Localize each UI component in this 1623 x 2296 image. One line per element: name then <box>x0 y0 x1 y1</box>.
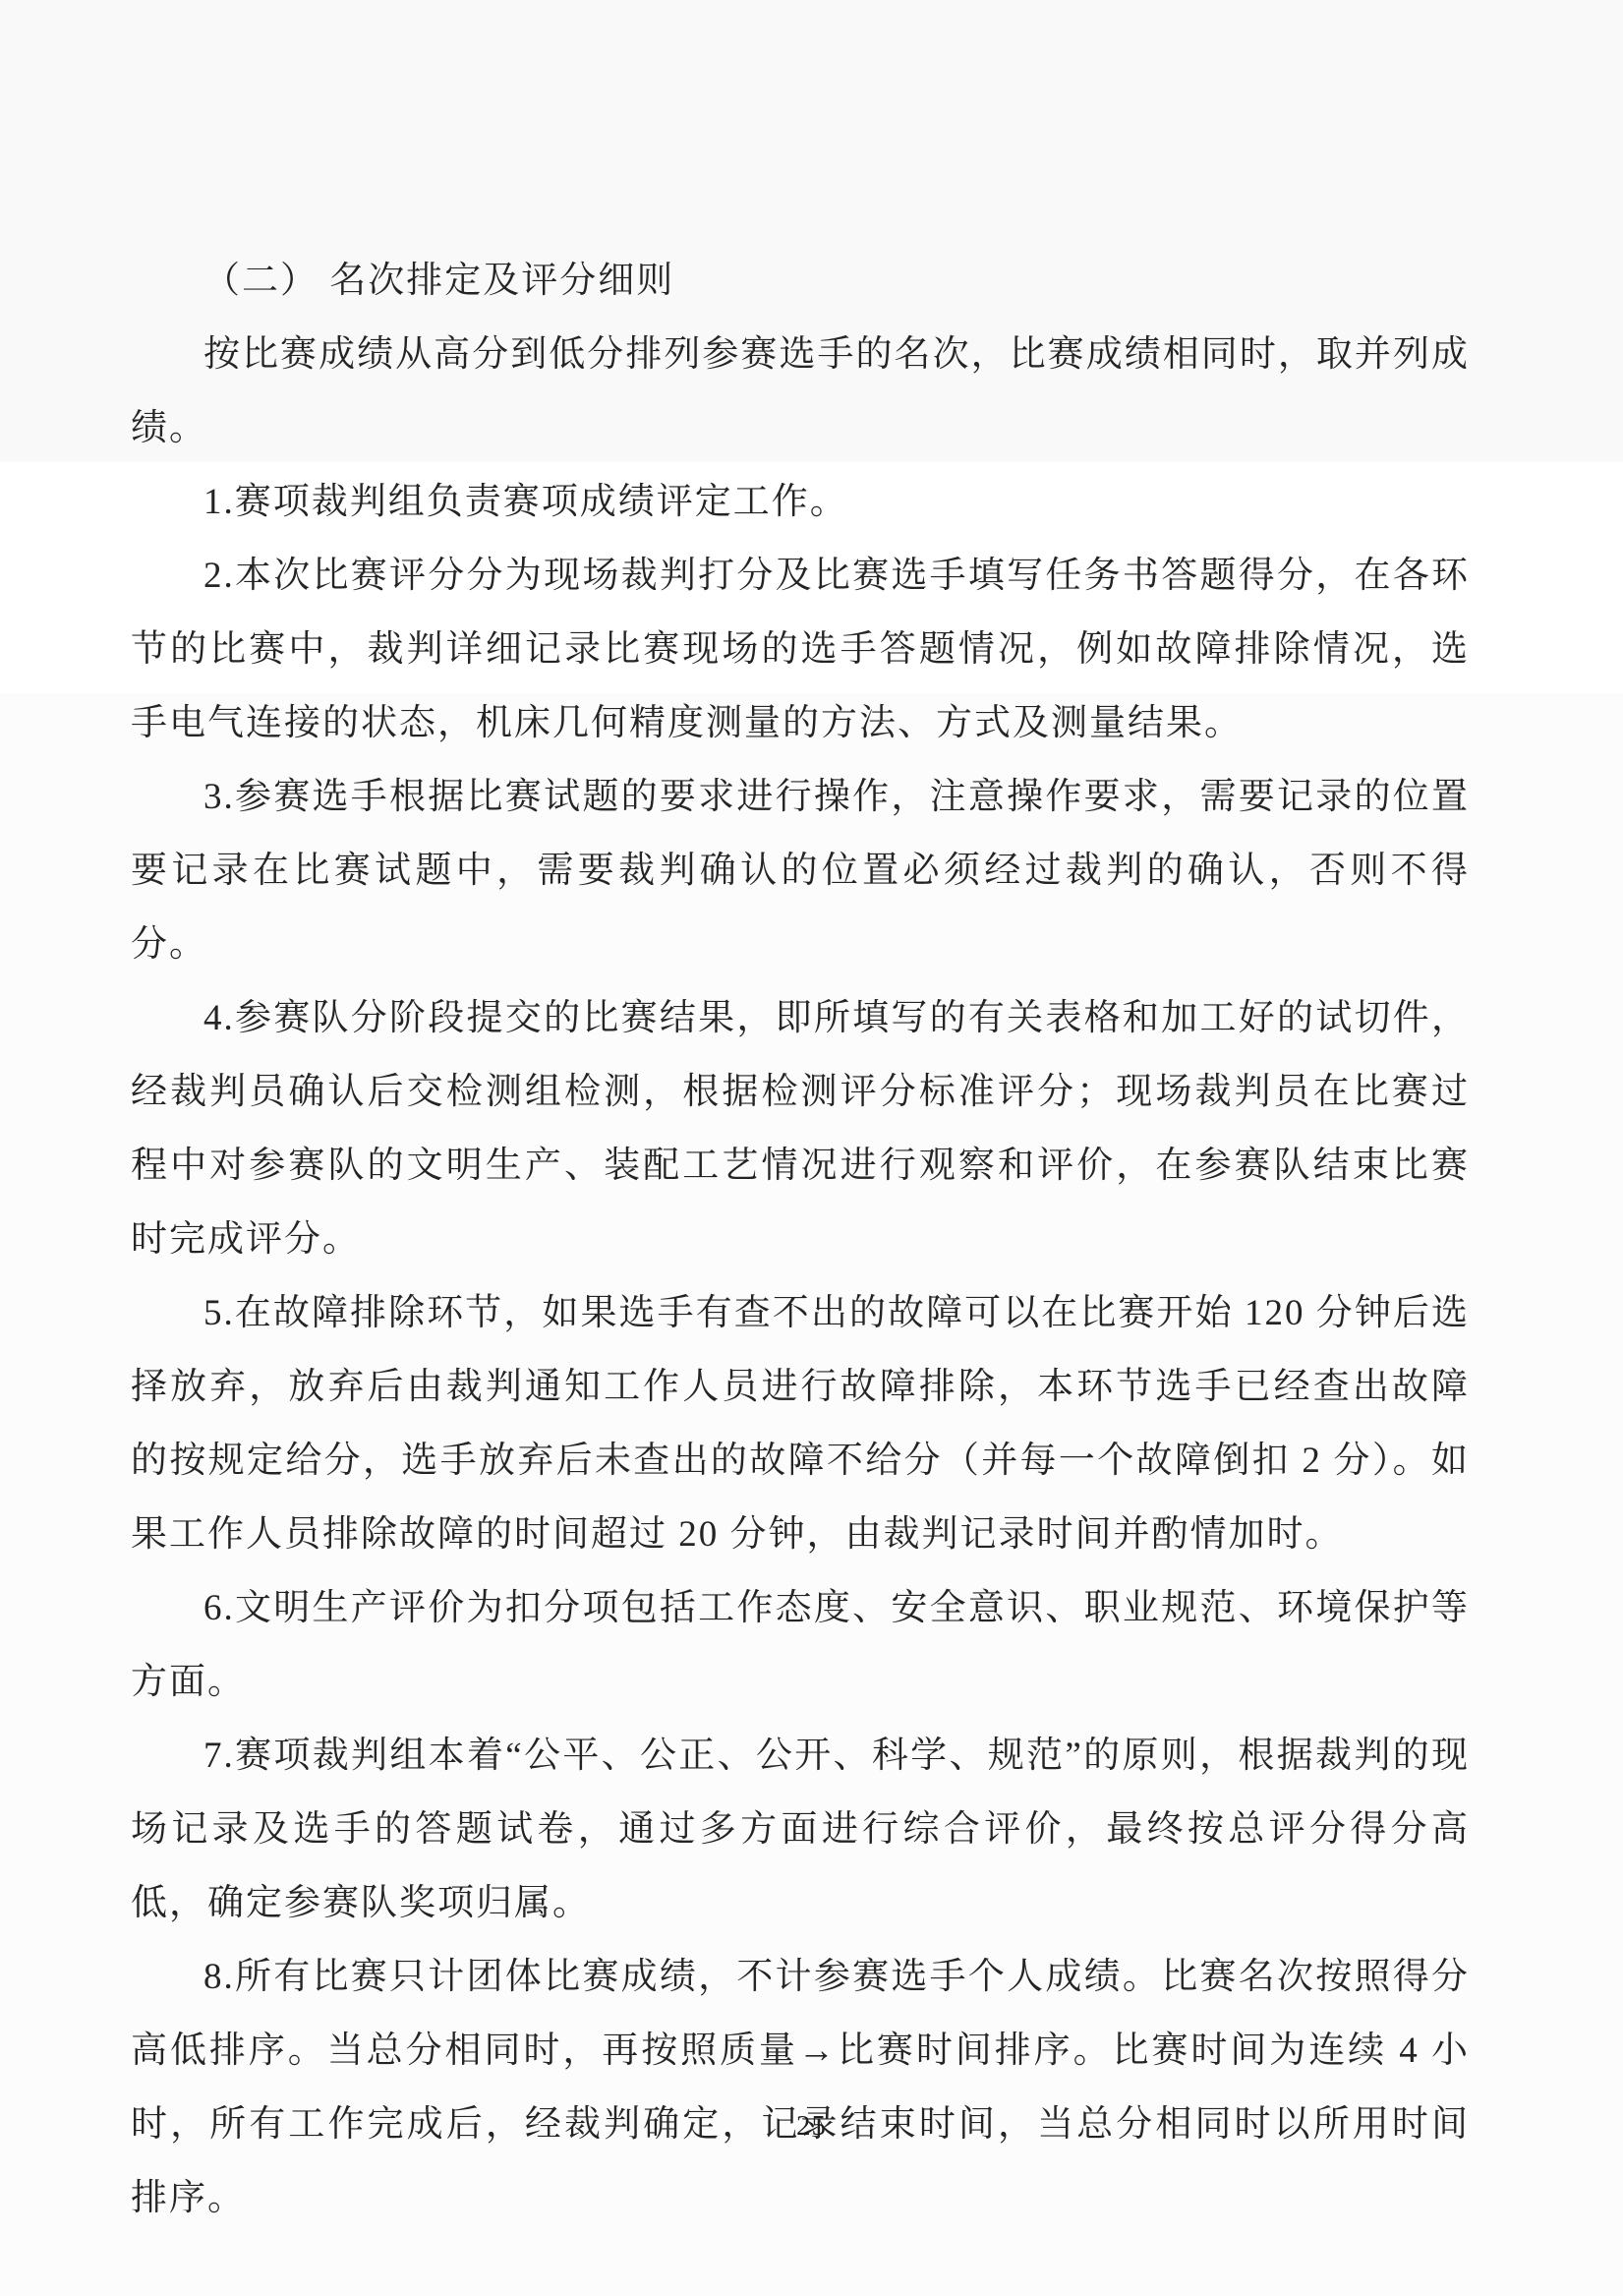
paragraph-item-4: 4.参赛队分阶段提交的比赛结果，即所填写的有关表格和加工好的试切件，经裁判员确认… <box>131 981 1470 1276</box>
section-heading: （二） 名次排定及评分细则 <box>131 244 1470 318</box>
paragraph-item-6: 6.文明生产评价为扣分项包括工作态度、安全意识、职业规范、环境保护等方面。 <box>131 1571 1470 1719</box>
page-number: 25 <box>796 2110 827 2142</box>
paragraph-item-2: 2.本次比赛评分分为现场裁判打分及比赛选手填写任务书答题得分，在各环节的比赛中，… <box>131 539 1470 760</box>
paragraph-intro: 按比赛成绩从高分到低分排列参赛选手的名次，比赛成绩相同时，取并列成绩。 <box>131 318 1470 465</box>
page-footer: 25 <box>0 2110 1623 2143</box>
paragraph-item-1: 1.赛项裁判组负责赛项成绩评定工作。 <box>131 465 1470 539</box>
document-content: （二） 名次排定及评分细则 按比赛成绩从高分到低分排列参赛选手的名次，比赛成绩相… <box>131 244 1470 2235</box>
document-page: （二） 名次排定及评分细则 按比赛成绩从高分到低分排列参赛选手的名次，比赛成绩相… <box>0 0 1623 2296</box>
paragraph-item-3: 3.参赛选手根据比赛试题的要求进行操作，注意操作要求，需要记录的位置要记录在比赛… <box>131 760 1470 981</box>
paragraph-item-5: 5.在故障排除环节，如果选手有查不出的故障可以在比赛开始 120 分钟后选择放弃… <box>131 1276 1470 1571</box>
paragraph-item-7: 7.赛项裁判组本着“公平、公正、公开、科学、规范”的原则，根据裁判的现场记录及选… <box>131 1719 1470 1940</box>
paragraph-item-8: 8.所有比赛只计团体比赛成绩，不计参赛选手个人成绩。比赛名次按照得分高低排序。当… <box>131 1940 1470 2235</box>
